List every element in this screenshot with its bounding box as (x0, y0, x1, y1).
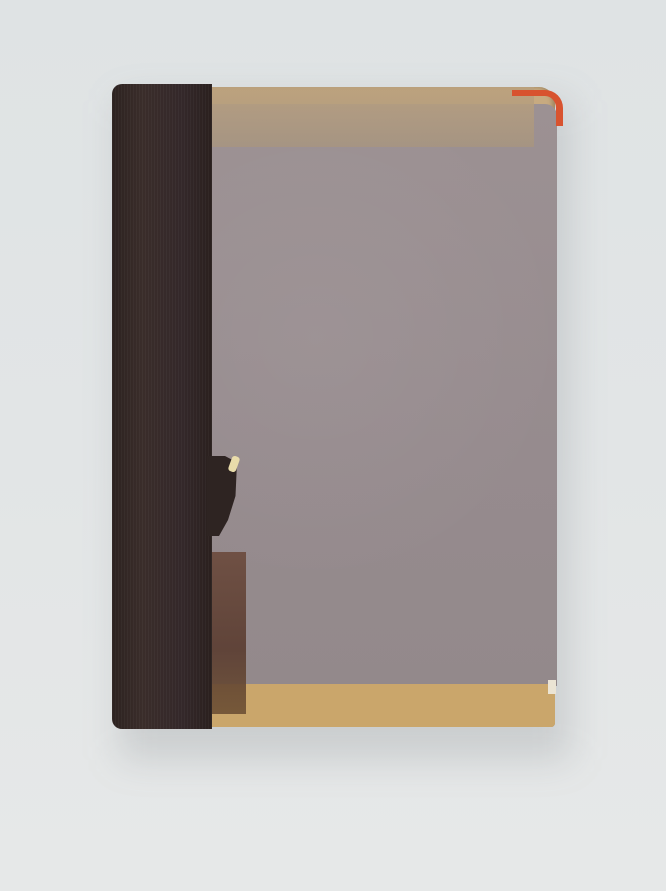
red-page-edge-corner (512, 90, 563, 126)
paper-tag (548, 680, 556, 694)
cover-top-strip (212, 87, 534, 147)
book-spine (112, 84, 212, 729)
cover-paper (212, 104, 557, 686)
book (112, 84, 557, 729)
cover-bottom-strip (207, 684, 555, 727)
